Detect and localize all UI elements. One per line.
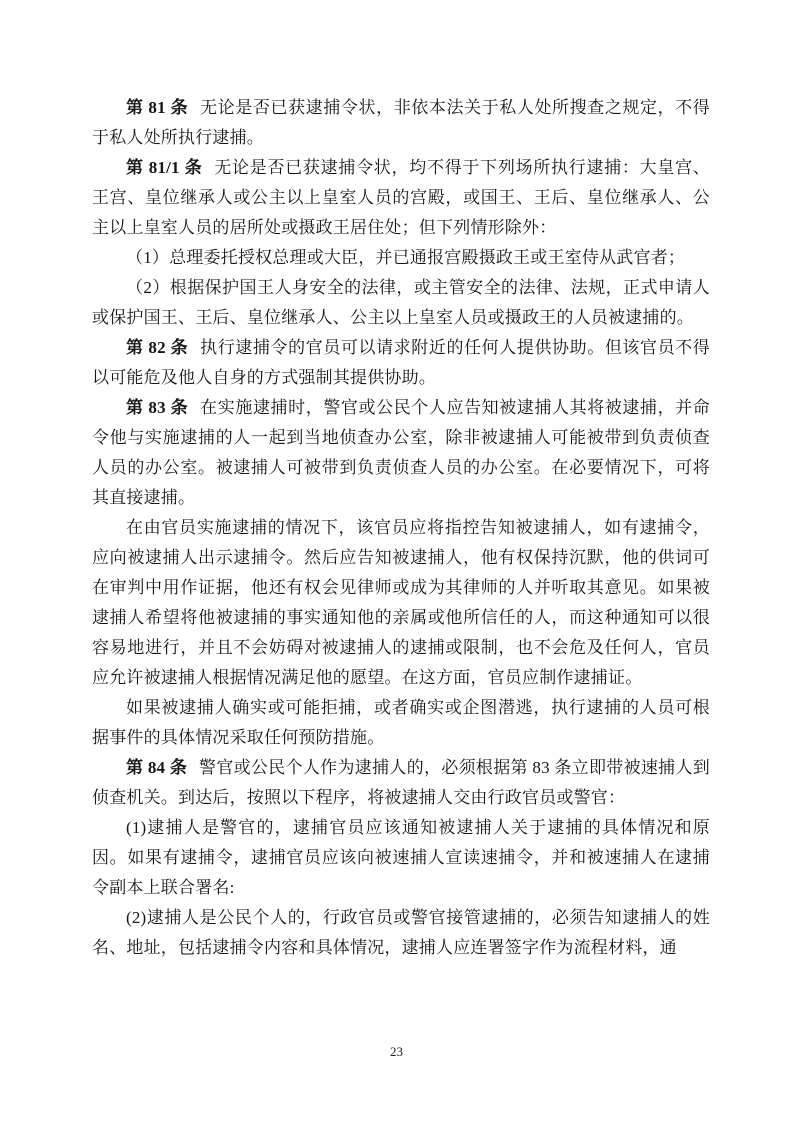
paragraph: 第 81/1 条无论是否已获逮捕令状，均不得于下列场所执行逮捕：大皇宫、王宫、皇… xyxy=(92,153,710,243)
paragraph-text: 在由官员实施逮捕的情况下，该官员应将指控告知被逮捕人，如有逮捕令，应向被逮捕人出… xyxy=(92,518,710,687)
paragraph: 第 81 条无论是否已获逮捕令状，非依本法关于私人处所搜查之规定，不得于私人处所… xyxy=(92,93,710,153)
paragraph: (2)逮捕人是公民个人的，行政官员或警官接管逮捕的，必须告知逮捕人的姓名、地址，… xyxy=(92,903,710,963)
paragraph: 第 83 条在实施逮捕时，警官或公民个人应告知被逮捕人其将被逮捕，并命令他与实施… xyxy=(92,393,710,513)
article-label: 第 83 条 xyxy=(126,398,200,417)
paragraph: （1）总理委托授权总理或大臣，并已通报宫殿摄政王或王室侍从武官者； xyxy=(92,243,710,273)
document-body: 第 81 条无论是否已获逮捕令状，非依本法关于私人处所搜查之规定，不得于私人处所… xyxy=(92,93,710,963)
paragraph: （2）根据保护国王人身安全的法律，或主管安全的法律、法规，正式申请人或保护国王、… xyxy=(92,273,710,333)
paragraph-text: (1)逮捕人是警官的，逮捕官员应该通知被逮捕人关于逮捕的具体情况和原因。如果有逮… xyxy=(92,818,710,897)
page-number: 23 xyxy=(0,1044,793,1060)
document-page: 第 81 条无论是否已获逮捕令状，非依本法关于私人处所搜查之规定，不得于私人处所… xyxy=(0,0,793,1122)
paragraph: 第 82 条执行逮捕令的官员可以请求附近的任何人提供协助。但该官员不得以可能危及… xyxy=(92,333,710,393)
paragraph-text: （2）根据保护国王人身安全的法律，或主管安全的法律、法规，正式申请人或保护国王、… xyxy=(92,278,710,327)
paragraph: (1)逮捕人是警官的，逮捕官员应该通知被逮捕人关于逮捕的具体情况和原因。如果有逮… xyxy=(92,813,710,903)
paragraph-text: （1）总理委托授权总理或大臣，并已通报宫殿摄政王或王室侍从武官者； xyxy=(126,248,685,267)
article-label: 第 84 条 xyxy=(126,758,199,777)
article-label: 第 82 条 xyxy=(126,338,200,357)
paragraph: 如果被逮捕人确实或可能拒捕，或者确实或企图潜逃，执行逮捕的人员可根据事件的具体情… xyxy=(92,693,710,753)
paragraph: 第 84 条警官或公民个人作为逮捕人的，必须根据第 83 条立即带被速捕人到侦查… xyxy=(92,753,710,813)
paragraph-text: (2)逮捕人是公民个人的，行政官员或警官接管逮捕的，必须告知逮捕人的姓名、地址，… xyxy=(92,908,710,957)
article-label: 第 81/1 条 xyxy=(126,158,214,177)
paragraph: 在由官员实施逮捕的情况下，该官员应将指控告知被逮捕人，如有逮捕令，应向被逮捕人出… xyxy=(92,513,710,693)
article-label: 第 81 条 xyxy=(126,98,200,117)
paragraph-text: 如果被逮捕人确实或可能拒捕，或者确实或企图潜逃，执行逮捕的人员可根据事件的具体情… xyxy=(92,698,710,747)
